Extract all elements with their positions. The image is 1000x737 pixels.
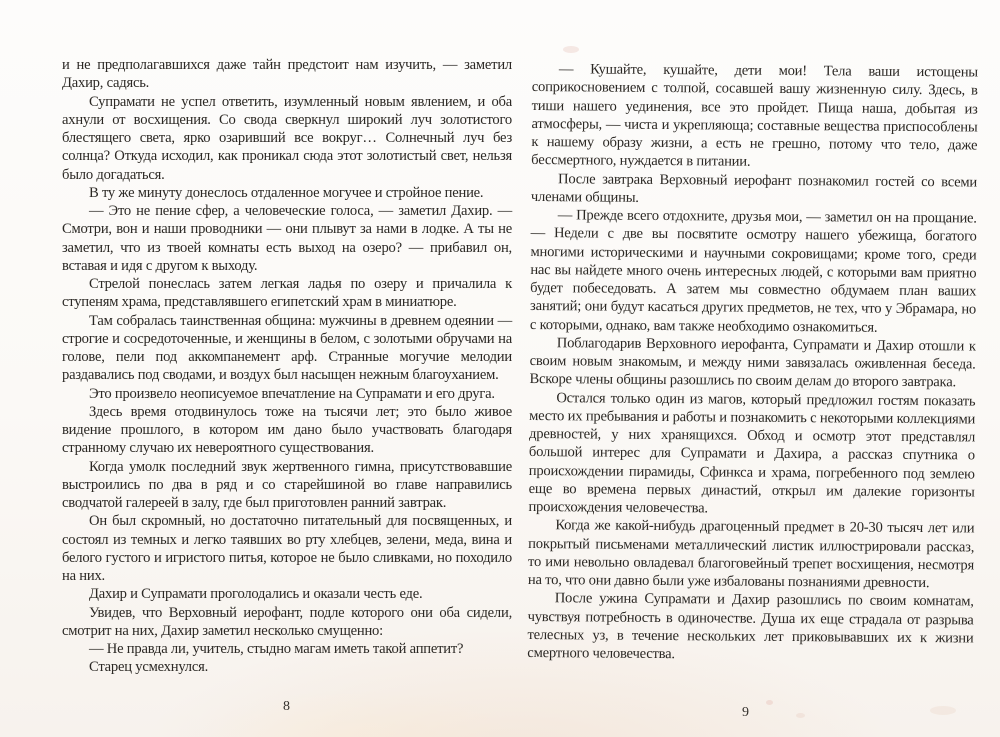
paragraph: Супрамати не успел ответить, изумленный …: [62, 93, 512, 184]
book-spread: и не предполагавшихся даже тайн предстои…: [0, 0, 1000, 737]
paragraph: Это произвело неописуемое впечатление на…: [62, 385, 512, 403]
paragraph: — Не правда ли, учитель, стыдно магам им…: [62, 640, 512, 658]
paragraph: и не предполагавшихся даже тайн предстои…: [62, 56, 512, 93]
left-page-text: и не предполагавшихся даже тайн предстои…: [62, 56, 512, 677]
paragraph: Там собралась таинственная община: мужчи…: [62, 312, 512, 385]
paragraph: Здесь время отодвинулось тоже на тысячи …: [62, 403, 512, 458]
paragraph: Он был скромный, но достаточно питательн…: [62, 512, 512, 585]
paragraph: В ту же минуту донеслось отдаленное могу…: [62, 184, 512, 202]
paper-speck: [796, 713, 805, 718]
paragraph: Когда умолк последний звук жертвенного г…: [62, 458, 512, 513]
paragraph: — Кушайте, кушайте, дети мои! Тела ваши …: [531, 60, 978, 173]
paragraph: После завтрака Верховный иерофант познак…: [531, 169, 977, 209]
paragraph: — Прежде всего отдохните, друзья мои, — …: [530, 206, 977, 337]
paragraph: Стрелой понеслась затем легкая ладья по …: [62, 275, 512, 312]
paragraph: Поблагодарив Верховного иерофанта, Супра…: [529, 334, 975, 392]
paper-speck: [766, 700, 773, 705]
right-page-text: — Кушайте, кушайте, дети мои! Тела ваши …: [527, 60, 978, 666]
paragraph: Дахир и Супрамати проголодались и оказал…: [62, 585, 512, 603]
paragraph: Остался только один из магов, который пр…: [528, 388, 975, 519]
paragraph: — Это не пение сфер, а человеческие голо…: [62, 202, 512, 275]
paragraph: Когда же какой-нибудь драгоценный предме…: [528, 516, 975, 593]
page-number-right: 9: [742, 705, 749, 721]
paragraph: После ужина Супрамати и Дахир разошлись …: [527, 589, 974, 666]
paper-speck: [563, 46, 579, 53]
paragraph: Старец усмехнулся.: [62, 658, 512, 676]
paper-speck: [930, 706, 956, 715]
paragraph: Увидев, что Верховный иерофант, подле ко…: [62, 604, 512, 641]
page-number-left: 8: [283, 699, 290, 715]
